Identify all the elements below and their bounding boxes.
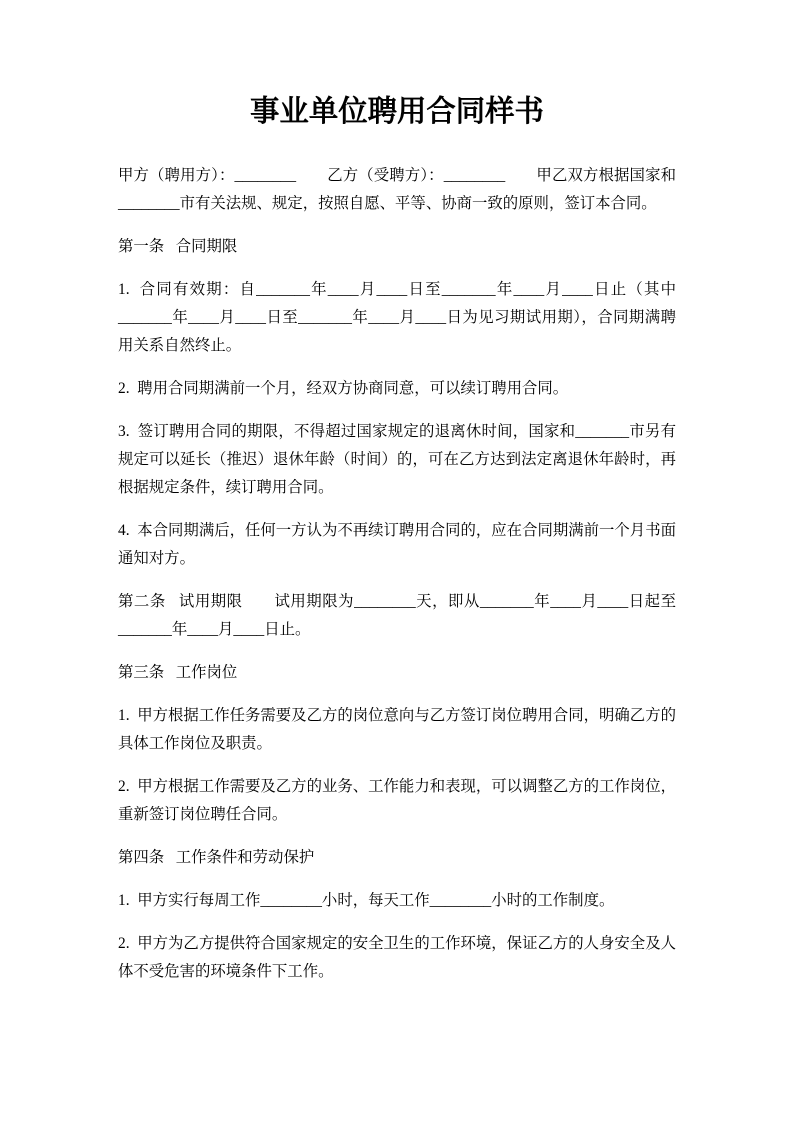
para-1-3-retirement-limit: 3. 签订聘用合同的期限，不得超过国家规定的退离休时间，国家和_______市另… — [118, 418, 676, 502]
document-title: 事业单位聘用合同样书 — [118, 92, 676, 132]
para-3-2-position-adjustment: 2. 甲方根据工作需要及乙方的业务、工作能力和表现，可以调整乙方的工作岗位，重新… — [118, 773, 676, 829]
para-1-1-validity-period: 1. 合同有效期：自_______年____月____日至_______年___… — [118, 276, 676, 360]
document-page: 事业单位聘用合同样书 甲方（聘用方）：________ 乙方（受聘方）：____… — [0, 0, 793, 1122]
para-1-4-expiry-notice: 4. 本合同期满后，任何一方认为不再续订聘用合同的，应在合同期满前一个月书面通知… — [118, 517, 676, 573]
para-4-1-working-hours: 1. 甲方实行每周工作________小时，每天工作________小时的工作制… — [118, 887, 676, 915]
para-1-2-renewal: 2. 聘用合同期满前一个月，经双方协商同意，可以续订聘用合同。 — [118, 375, 676, 403]
para-4-2-safety-environment: 2. 甲方为乙方提供符合国家规定的安全卫生的工作环境，保证乙方的人身安全及人体不… — [118, 930, 676, 986]
heading-article-1-contract-term: 第一条 合同期限 — [118, 233, 676, 261]
heading-article-4-work-conditions: 第四条 工作条件和劳动保护 — [118, 844, 676, 872]
para-article-2-probation-period: 第二条 试用期限 试用期限为________天，即从_______年____月_… — [118, 588, 676, 644]
para-parties-intro: 甲方（聘用方）：________ 乙方（受聘方）：________ 甲乙双方根据… — [118, 162, 676, 218]
para-3-1-position-agreement: 1. 甲方根据工作任务需要及乙方的岗位意向与乙方签订岗位聘用合同，明确乙方的具体… — [118, 702, 676, 758]
heading-article-3-job-position: 第三条 工作岗位 — [118, 659, 676, 687]
